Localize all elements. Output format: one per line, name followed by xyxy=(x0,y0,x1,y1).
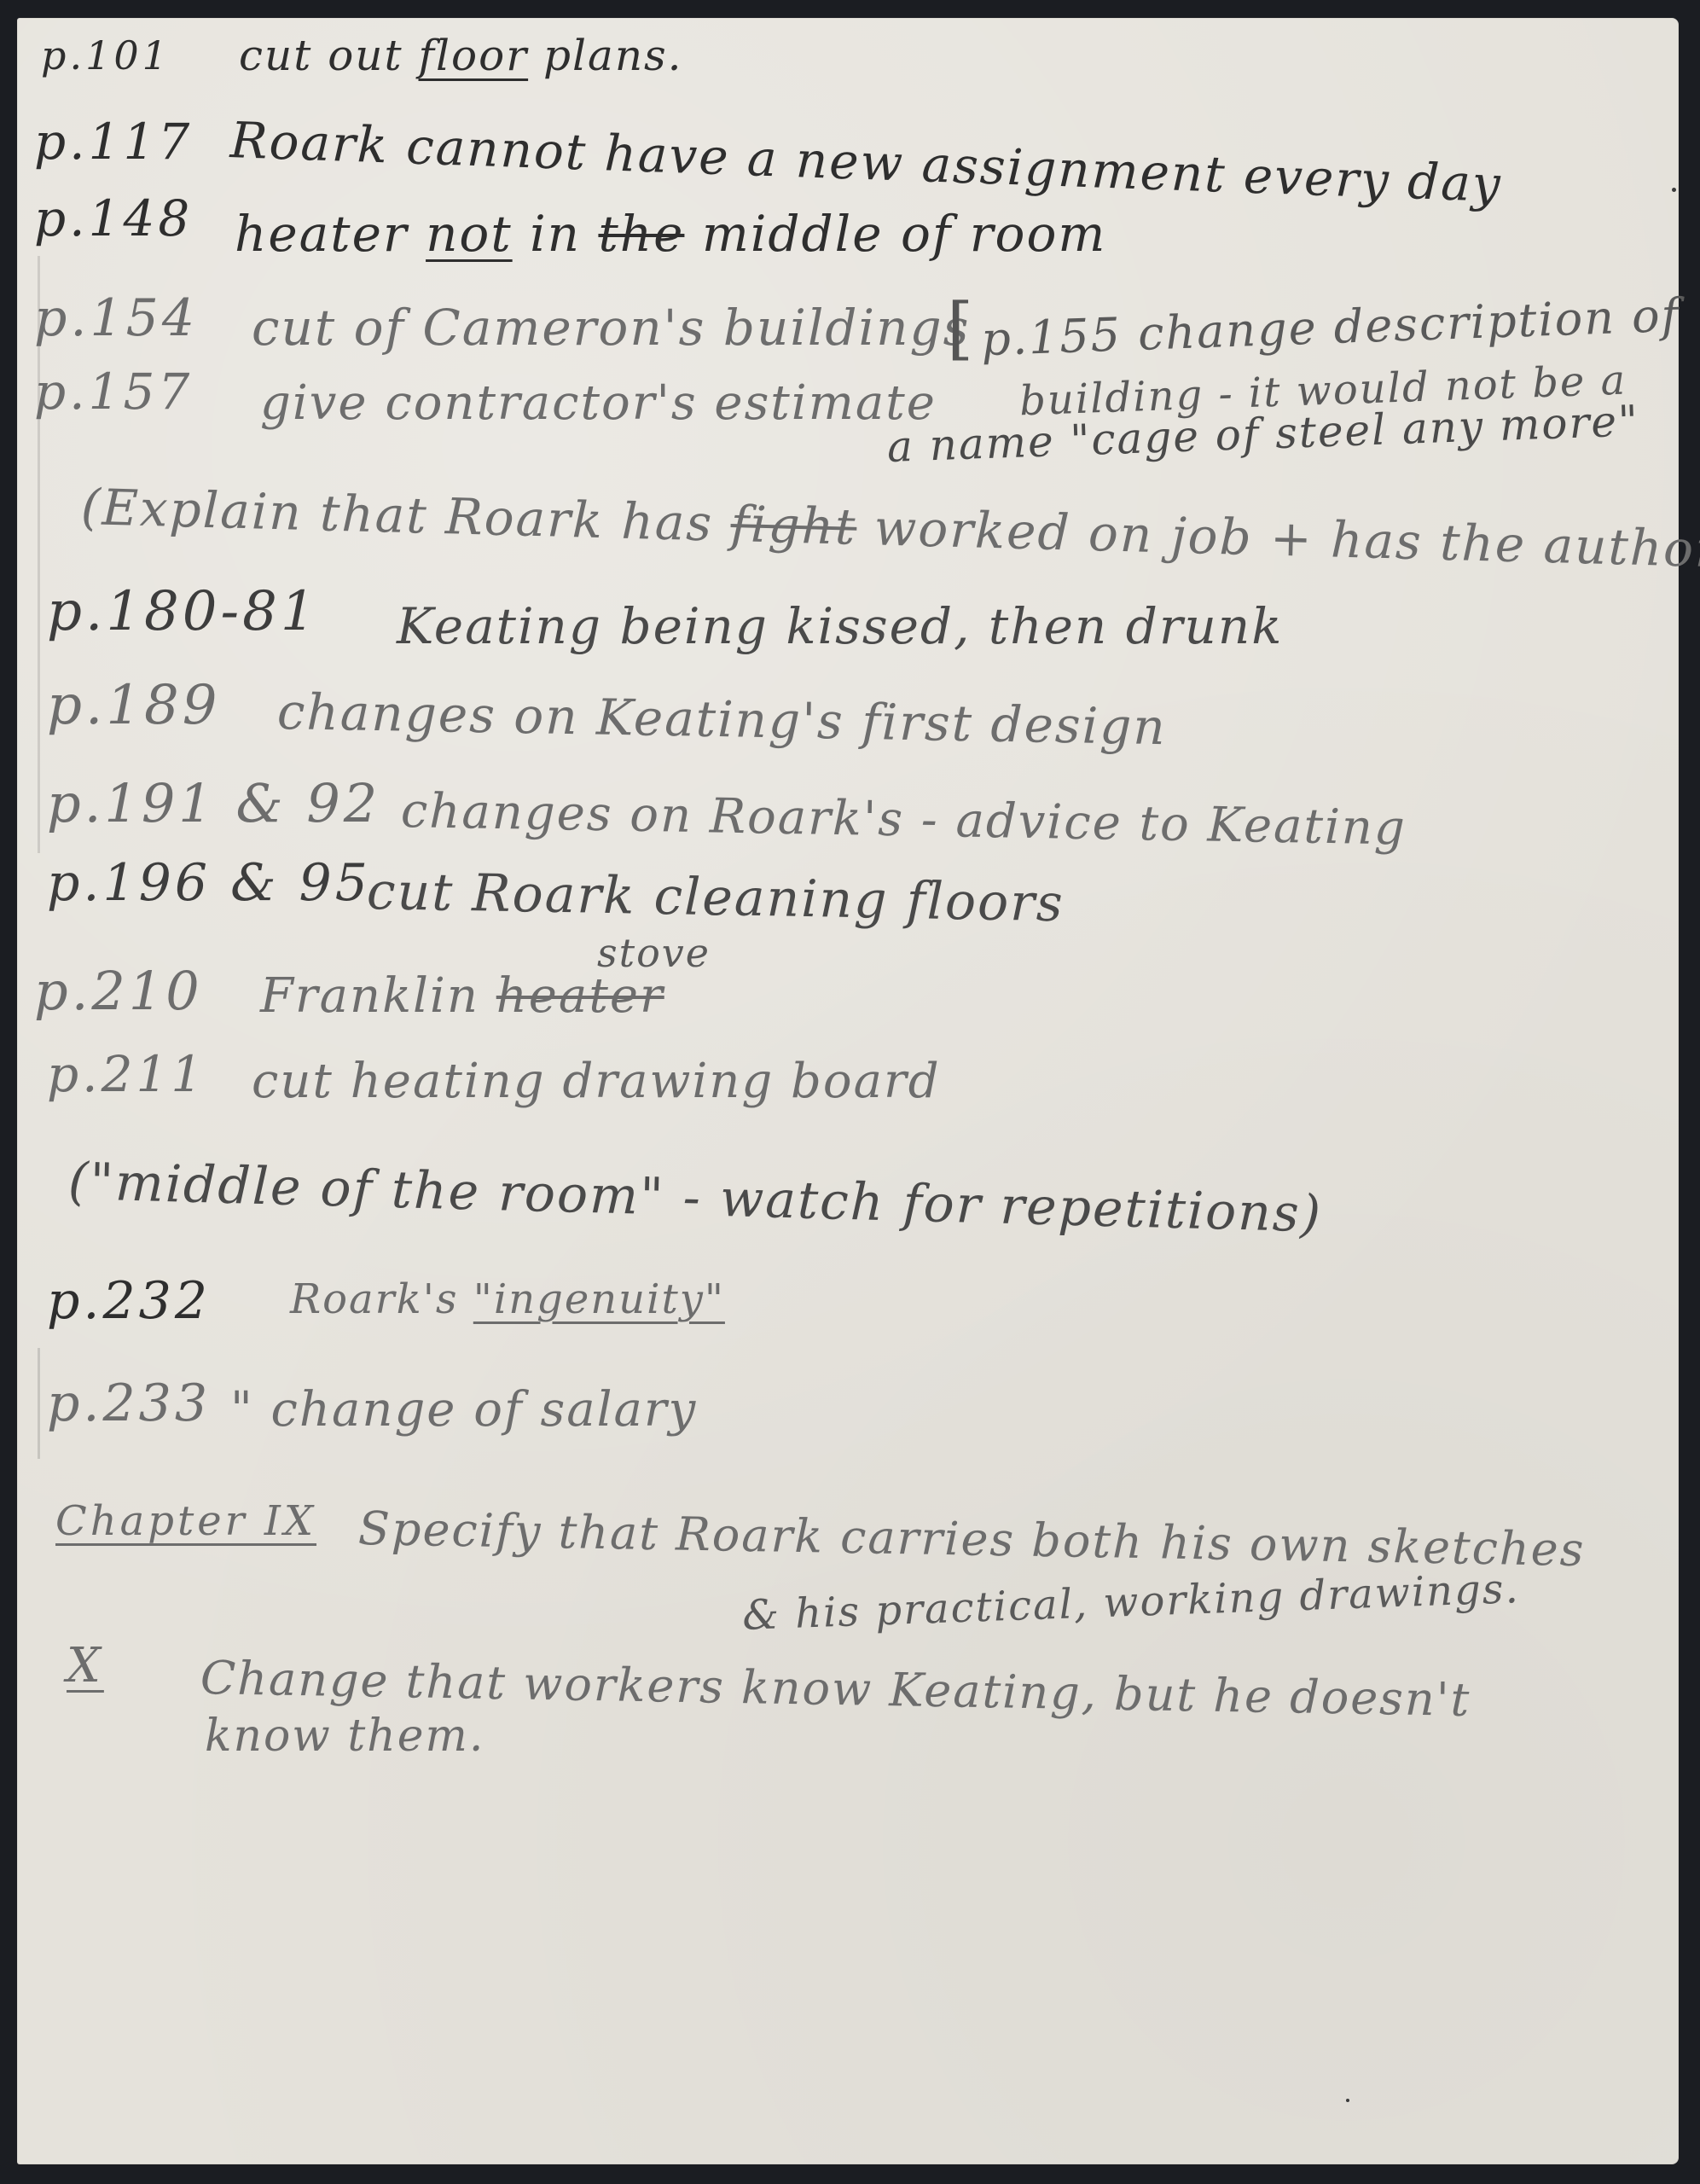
note-line-3: heater not in the middle of room xyxy=(235,205,1106,263)
struck-word: heater xyxy=(496,968,664,1024)
struck-word: the xyxy=(598,205,684,263)
page-ref-148: p.148 xyxy=(34,189,193,247)
page-ref-101: p.101 xyxy=(41,32,171,78)
paper-speck xyxy=(1346,2099,1349,2102)
page-ref-210: p.210 xyxy=(34,960,203,1022)
page-ref-191-92: p.191 & 92 xyxy=(47,772,380,834)
note-text: Franklin xyxy=(260,968,479,1024)
insert-bracket: [ xyxy=(947,288,973,368)
page-ref-117: p.117 xyxy=(34,113,193,171)
note-text: heater xyxy=(235,205,409,263)
page-ref-154: p.154 xyxy=(34,288,198,348)
page-ref-180-81: p.180-81 xyxy=(47,580,319,643)
note-text: middle of room xyxy=(702,205,1107,263)
page-ref-157: p.157 xyxy=(34,363,193,421)
note-text: plans. xyxy=(543,31,683,80)
page-ref-196-95: p.196 & 95 xyxy=(47,853,371,913)
page-ref-211: p.211 xyxy=(47,1045,206,1103)
paper-speck xyxy=(1672,188,1676,192)
note-line-11: Franklin heater xyxy=(260,968,664,1024)
margin-fold-line xyxy=(38,1348,40,1459)
page-ref-232: p.232 xyxy=(47,1271,211,1331)
note-text: Roark's xyxy=(290,1275,459,1323)
underlined-word: floor xyxy=(419,31,529,80)
note-line-15: " change of salary xyxy=(230,1382,697,1438)
note-line-10: cut Roark cleaning floors xyxy=(366,862,1065,933)
insert-stove: stove xyxy=(597,930,711,976)
page-ref-189: p.189 xyxy=(47,674,220,737)
note-line-5: give contractor's estimate xyxy=(260,375,937,431)
note-line-12: cut heating drawing board xyxy=(252,1054,941,1109)
chapter-ref-X: X xyxy=(67,1638,104,1693)
underlined-word: "ingenuity" xyxy=(473,1275,725,1323)
page-ref-233: p.233 xyxy=(47,1374,211,1433)
underlined-word: not xyxy=(426,205,513,263)
note-text: in xyxy=(530,205,581,263)
struck-word: fight xyxy=(730,495,858,556)
note-text: cut out xyxy=(239,31,403,80)
note-line-4: cut of Cameron's buildings xyxy=(252,299,970,357)
note-line-17b: know them. xyxy=(205,1711,484,1762)
note-line-14: Roark's "ingenuity" xyxy=(290,1275,725,1323)
chapter-ref-IX: Chapter IX xyxy=(55,1497,316,1545)
note-line-7: Keating being kissed, then drunk xyxy=(397,597,1283,655)
note-line-1: cut out floor plans. xyxy=(239,31,683,80)
